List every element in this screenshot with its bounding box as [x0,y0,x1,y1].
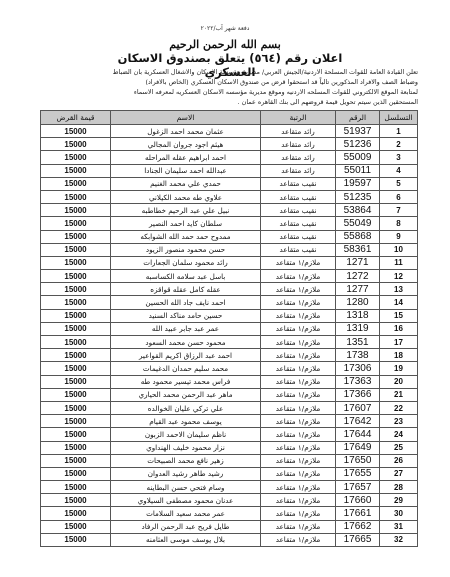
table-row: 2717655ملازم/١ متقاعدرشيد طاهر رشيد العد… [41,467,418,480]
cell-rank: ملازم/١ متقاعد [261,467,336,480]
batch-label: دفعة شهر آب/٢٠٢٢ [0,25,450,32]
cell-serial: 28 [380,481,418,494]
cell-loan: 15000 [41,230,111,243]
table-row: 251236رائد متقاعدهيثم اجود جروان المجالي… [41,138,418,151]
cell-serial: 31 [380,520,418,533]
table-row: 151318ملازم/١ متقاعدحسين حامد مناكد السن… [41,309,418,322]
cell-number: 17655 [336,467,380,480]
cell-rank: ملازم/١ متقاعد [261,296,336,309]
cell-name: نزار محمود خليف الهنداوي [111,441,261,454]
cell-number: 1738 [336,349,380,362]
table-row: 3217665ملازم/١ متقاعدبلال يوسف موسى العث… [41,533,418,546]
cell-name: محمود حسن محمد السعود [111,336,261,349]
cell-name: رائد محمود سلمان الجعارات [111,256,261,269]
cell-serial: 8 [380,217,418,230]
cell-serial: 7 [380,204,418,217]
cell-name: حسن محمود منصور الزيود [111,243,261,256]
cell-number: 17661 [336,507,380,520]
cell-loan: 15000 [41,454,111,467]
cell-loan: 15000 [41,401,111,414]
cell-name: ناظم سليمان الاحمد الزبون [111,428,261,441]
cell-rank: ملازم/١ متقاعد [261,441,336,454]
table-row: 355009رائد متقاعداحمد ابراهيم عقله المرا… [41,151,418,164]
table-row: 2217607ملازم/١ متقاعدعلي تركي عليان الخو… [41,401,418,414]
basmala: بسم الله الرحمن الرحيم [0,38,450,51]
cell-rank: ملازم/١ متقاعد [261,481,336,494]
cell-loan: 15000 [41,362,111,375]
table-row: 2817657ملازم/١ متقاعدوسام فتحي حسن البطا… [41,481,418,494]
cell-rank: ملازم/١ متقاعد [261,283,336,296]
cell-name: وسام فتحي حسن البطاينه [111,481,261,494]
cell-number: 17363 [336,375,380,388]
cell-number: 17366 [336,388,380,401]
cell-loan: 15000 [41,243,111,256]
document-page: دفعة شهر آب/٢٠٢٢ بسم الله الرحمن الرحيم … [0,0,450,577]
cell-number: 51235 [336,190,380,203]
cell-rank: ملازم/١ متقاعد [261,428,336,441]
cell-rank: ملازم/١ متقاعد [261,507,336,520]
cell-name: ممدوح حمد حمد الله الشوابكه [111,230,261,243]
table-row: 171351ملازم/١ متقاعدمحمود حسن محمد السعو… [41,336,418,349]
cell-rank: ملازم/١ متقاعد [261,401,336,414]
cell-name: علاوي طه محمد الكيلاني [111,190,261,203]
table-row: 2517649ملازم/١ متقاعدنزار محمود خليف اله… [41,441,418,454]
cell-serial: 17 [380,336,418,349]
cell-number: 17662 [336,520,380,533]
cell-loan: 15000 [41,204,111,217]
cell-rank: ملازم/١ متقاعد [261,388,336,401]
cell-serial: 24 [380,428,418,441]
intro-line: لمتابعة الموقع الالكتروني للقوات المسلحه… [38,87,418,97]
cell-name: عبدالله احمد سليمان الجنادا [111,164,261,177]
cell-serial: 18 [380,349,418,362]
cell-name: رشيد طاهر رشيد العدوان [111,467,261,480]
table-row: 131277ملازم/١ متقاعدعقله كامل عقله قواقز… [41,283,418,296]
cell-rank: نقيب متقاعد [261,217,336,230]
table-row: 855049نقيب متقاعدسلطان كايد احمد النصير1… [41,217,418,230]
table-row: 1917306ملازم/١ متقاعدمحمد سليم حمدان الد… [41,362,418,375]
table-row: 2017363ملازم/١ متقاعدفراس محمد تيسير محم… [41,375,418,388]
cell-number: 1280 [336,296,380,309]
cell-serial: 30 [380,507,418,520]
cell-serial: 13 [380,283,418,296]
cell-loan: 15000 [41,520,111,533]
cell-rank: نقيب متقاعد [261,204,336,217]
cell-name: يوسف محمود عبد القيام [111,415,261,428]
cell-serial: 22 [380,401,418,414]
header-loan: قيمة القرض [41,111,111,125]
cell-number: 55009 [336,151,380,164]
cell-loan: 15000 [41,467,111,480]
table-row: 121272ملازم/١ متقاعدباسل عبد سلامه الكسا… [41,270,418,283]
cell-rank: ملازم/١ متقاعد [261,375,336,388]
cell-rank: ملازم/١ متقاعد [261,454,336,467]
cell-serial: 12 [380,270,418,283]
cell-number: 1351 [336,336,380,349]
table-row: 2417644ملازم/١ متقاعدناظم سليمان الاحمد … [41,428,418,441]
cell-rank: ملازم/١ متقاعد [261,349,336,362]
cell-loan: 15000 [41,296,111,309]
intro-line: وضباط الصف والافراد المذكورين تالياً قد … [38,77,418,87]
cell-loan: 15000 [41,336,111,349]
cell-number: 58361 [336,243,380,256]
cell-name: احمد ابراهيم عقله المراحله [111,151,261,164]
cell-serial: 5 [380,177,418,190]
cell-loan: 15000 [41,375,111,388]
cell-name: احمد عبد الرزاق اكريم القواعير [111,349,261,362]
table-row: 151937رائد متقاعدعثمان محمد احمد الزغول1… [41,125,418,138]
cell-loan: 15000 [41,388,111,401]
cell-rank: نقيب متقاعد [261,243,336,256]
table-row: 111271ملازم/١ متقاعدرائد محمود سلمان الج… [41,256,418,269]
cell-name: عمر محمد سعيد السلامات [111,507,261,520]
cell-number: 1319 [336,322,380,335]
cell-name: طايل فريح عبد الرحمن الرفاد [111,520,261,533]
cell-number: 53864 [336,204,380,217]
cell-rank: نقيب متقاعد [261,177,336,190]
cell-number: 17642 [336,415,380,428]
cell-number: 51236 [336,138,380,151]
table-row: 753864نقيب متقاعدنبيل علي عبد الرحيم خطا… [41,204,418,217]
cell-number: 1318 [336,309,380,322]
header-rank: الرتبة [261,111,336,125]
intro-paragraph: تعلن القيادة العامة للقوات المسلحة الارد… [38,67,418,107]
cell-rank: ملازم/١ متقاعد [261,362,336,375]
cell-loan: 15000 [41,349,111,362]
cell-rank: ملازم/١ متقاعد [261,415,336,428]
cell-name: حسين حامد مناكد السنيد [111,309,261,322]
cell-serial: 23 [380,415,418,428]
cell-number: 17644 [336,428,380,441]
cell-serial: 32 [380,533,418,546]
cell-name: عقله كامل عقله قواقزه [111,283,261,296]
cell-name: ماهر عبد الرحمن محمد الحياري [111,388,261,401]
cell-rank: ملازم/١ متقاعد [261,270,336,283]
cell-number: 1277 [336,283,380,296]
cell-serial: 20 [380,375,418,388]
table-row: 519597نقيب متقاعدحمدي علي محمد الغنيم150… [41,177,418,190]
cell-rank: ملازم/١ متقاعد [261,322,336,335]
cell-loan: 15000 [41,125,111,138]
header-serial: التسلسل [380,111,418,125]
cell-rank: ملازم/١ متقاعد [261,336,336,349]
cell-name: عثمان محمد احمد الزغول [111,125,261,138]
cell-name: هيثم اجود جروان المجالي [111,138,261,151]
table-row: 3017661ملازم/١ متقاعدعمر محمد سعيد السلا… [41,507,418,520]
cell-number: 1271 [336,256,380,269]
cell-number: 19597 [336,177,380,190]
cell-number: 55011 [336,164,380,177]
cell-rank: رائد متقاعد [261,138,336,151]
cell-name: بلال يوسف موسى العثامنه [111,533,261,546]
cell-loan: 15000 [41,283,111,296]
cell-loan: 15000 [41,415,111,428]
table-row: 2117366ملازم/١ متقاعدماهر عبد الرحمن محم… [41,388,418,401]
cell-loan: 15000 [41,441,111,454]
table-row: 141280ملازم/١ متقاعداحمد نايف جاد الله ا… [41,296,418,309]
cell-number: 55049 [336,217,380,230]
cell-number: 17306 [336,362,380,375]
cell-rank: ملازم/١ متقاعد [261,256,336,269]
table-row: 181738ملازم/١ متقاعداحمد عبد الرزاق اكري… [41,349,418,362]
header-name: الاسم [111,111,261,125]
cell-loan: 15000 [41,164,111,177]
cell-serial: 19 [380,362,418,375]
cell-rank: رائد متقاعد [261,151,336,164]
intro-line: تعلن القيادة العامة للقوات المسلحة الارد… [38,67,418,77]
cell-name: علي تركي عليان الخوالده [111,401,261,414]
cell-name: زهير نافع محمد الصبيحات [111,454,261,467]
table-row: 651235نقيب متقاعدعلاوي طه محمد الكيلاني1… [41,190,418,203]
table-row: 955868نقيب متقاعدممدوح حمد حمد الله الشو… [41,230,418,243]
cell-serial: 29 [380,494,418,507]
cell-name: نبيل علي عبد الرحيم خطاطبه [111,204,261,217]
table-row: 455011رائد متقاعدعبدالله احمد سليمان الج… [41,164,418,177]
cell-rank: ملازم/١ متقاعد [261,533,336,546]
cell-serial: 11 [380,256,418,269]
cell-rank: ملازم/١ متقاعد [261,309,336,322]
cell-loan: 15000 [41,270,111,283]
cell-serial: 10 [380,243,418,256]
cell-serial: 6 [380,190,418,203]
cell-loan: 15000 [41,507,111,520]
cell-number: 55868 [336,230,380,243]
cell-loan: 15000 [41,481,111,494]
cell-loan: 15000 [41,138,111,151]
cell-name: محمد سليم حمدان الدغيمات [111,362,261,375]
cell-number: 17657 [336,481,380,494]
cell-serial: 4 [380,164,418,177]
cell-serial: 3 [380,151,418,164]
cell-name: عمر عبد جابر عبيد الله [111,322,261,335]
cell-rank: نقيب متقاعد [261,190,336,203]
cell-loan: 15000 [41,309,111,322]
cell-serial: 9 [380,230,418,243]
cell-serial: 16 [380,322,418,335]
table-row: 161319ملازم/١ متقاعدعمر عبد جابر عبيد ال… [41,322,418,335]
cell-loan: 15000 [41,256,111,269]
cell-loan: 15000 [41,190,111,203]
cell-serial: 1 [380,125,418,138]
table-row: 1058361نقيب متقاعدحسن محمود منصور الزيود… [41,243,418,256]
cell-name: باسل عبد سلامه الكساسبه [111,270,261,283]
table-row: 2317642ملازم/١ متقاعديوسف محمود عبد القي… [41,415,418,428]
header-number: الرقم [336,111,380,125]
cell-number: 51937 [336,125,380,138]
cell-name: سلطان كايد احمد النصير [111,217,261,230]
cell-rank: رائد متقاعد [261,164,336,177]
cell-loan: 15000 [41,177,111,190]
cell-loan: 15000 [41,494,111,507]
cell-serial: 14 [380,296,418,309]
table-row: 2617650ملازم/١ متقاعدزهير نافع محمد الصب… [41,454,418,467]
cell-name: عدنان محمود مصطفى السيلاوي [111,494,261,507]
cell-loan: 15000 [41,217,111,230]
cell-rank: ملازم/١ متقاعد [261,520,336,533]
cell-number: 17607 [336,401,380,414]
table-row: 3117662ملازم/١ متقاعدطايل فريح عبد الرحم… [41,520,418,533]
cell-serial: 25 [380,441,418,454]
cell-loan: 15000 [41,428,111,441]
cell-number: 17665 [336,533,380,546]
cell-serial: 21 [380,388,418,401]
cell-loan: 15000 [41,533,111,546]
cell-loan: 15000 [41,322,111,335]
cell-rank: ملازم/١ متقاعد [261,494,336,507]
cell-loan: 15000 [41,151,111,164]
cell-rank: نقيب متقاعد [261,230,336,243]
cell-serial: 27 [380,467,418,480]
table-row: 2917660ملازم/١ متقاعدعدنان محمود مصطفى ا… [41,494,418,507]
cell-name: احمد نايف جاد الله الحسين [111,296,261,309]
cell-name: حمدي علي محمد الغنيم [111,177,261,190]
cell-number: 1272 [336,270,380,283]
table-header-row: التسلسل الرقم الرتبة الاسم قيمة القرض [41,111,418,125]
cell-number: 17649 [336,441,380,454]
cell-name: فراس محمد تيسير محمود طه [111,375,261,388]
cell-number: 17650 [336,454,380,467]
cell-rank: رائد متقاعد [261,125,336,138]
table-body: 151937رائد متقاعدعثمان محمد احمد الزغول1… [41,125,418,547]
intro-line: المستحقين الذين سيتم تحويل قيمة قروضهم ا… [38,97,418,107]
cell-number: 17660 [336,494,380,507]
cell-serial: 2 [380,138,418,151]
cell-serial: 26 [380,454,418,467]
beneficiaries-table: التسلسل الرقم الرتبة الاسم قيمة القرض 15… [40,110,418,547]
cell-serial: 15 [380,309,418,322]
